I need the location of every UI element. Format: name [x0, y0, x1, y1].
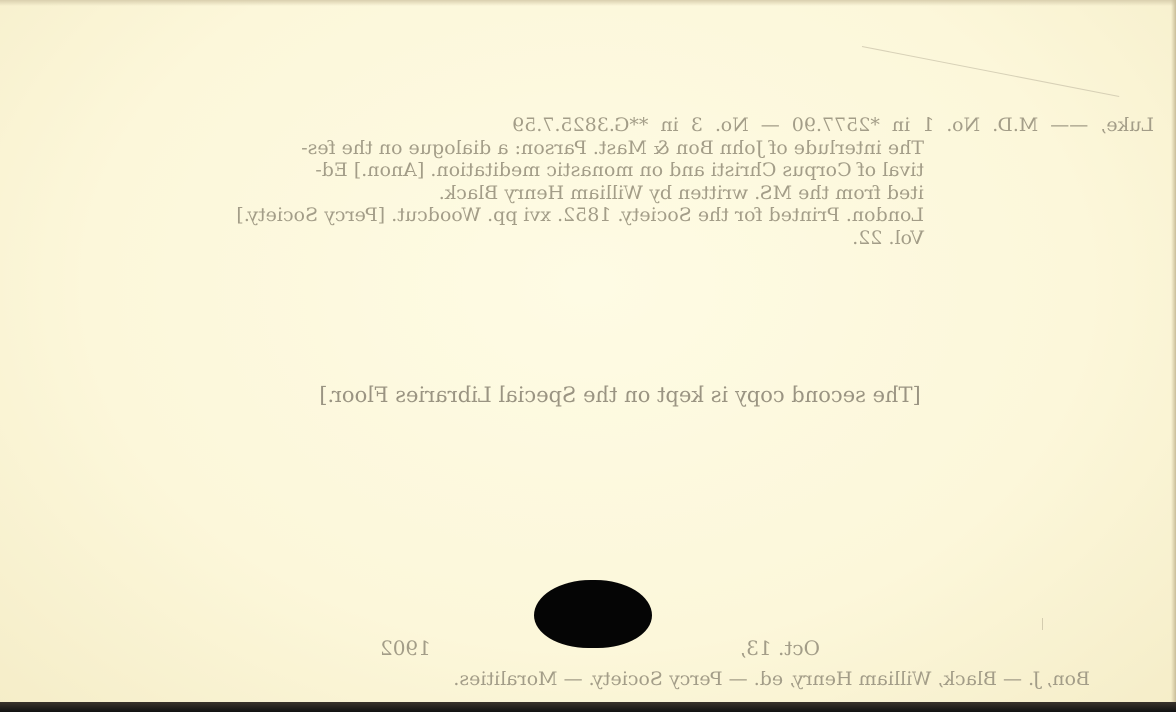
entry-heading-line: Luke, —— M.D. No. 1 in *2577.90 — No. 3 … [154, 114, 1154, 137]
catalog-card: Luke, —— M.D. No. 1 in *2577.90 — No. 3 … [0, 0, 1176, 712]
card-top-edge [0, 0, 1176, 6]
pencil-line [862, 46, 1119, 97]
entry-volume-line: Vol. 22. [154, 227, 1154, 250]
entry-title-line-2: tival of Corpus Christi and on monastic … [154, 159, 1154, 182]
location-note: [The second copy is kept on the Special … [240, 383, 1000, 407]
entry-imprint-line: London. Printed for the Society. 1852. x… [154, 204, 1154, 227]
accession-date-year: 1902 [380, 636, 431, 660]
pencil-tick [1042, 618, 1043, 630]
card-bottom-edge [0, 702, 1176, 712]
accession-date-day: Oct. 13, [740, 636, 820, 660]
punch-hole [534, 580, 652, 648]
entry-title-line-1: The interlude of John Bon & Mast. Parson… [154, 137, 1154, 160]
bibliographic-entry: Luke, —— M.D. No. 1 in *2577.90 — No. 3 … [154, 114, 1154, 249]
entry-title-line-3: ited from the MS. written by William Hen… [154, 182, 1154, 205]
subject-tracings: Bon, J. — Black, William Henry, ed. — Pe… [160, 668, 1090, 690]
card-right-edge [1171, 0, 1176, 712]
